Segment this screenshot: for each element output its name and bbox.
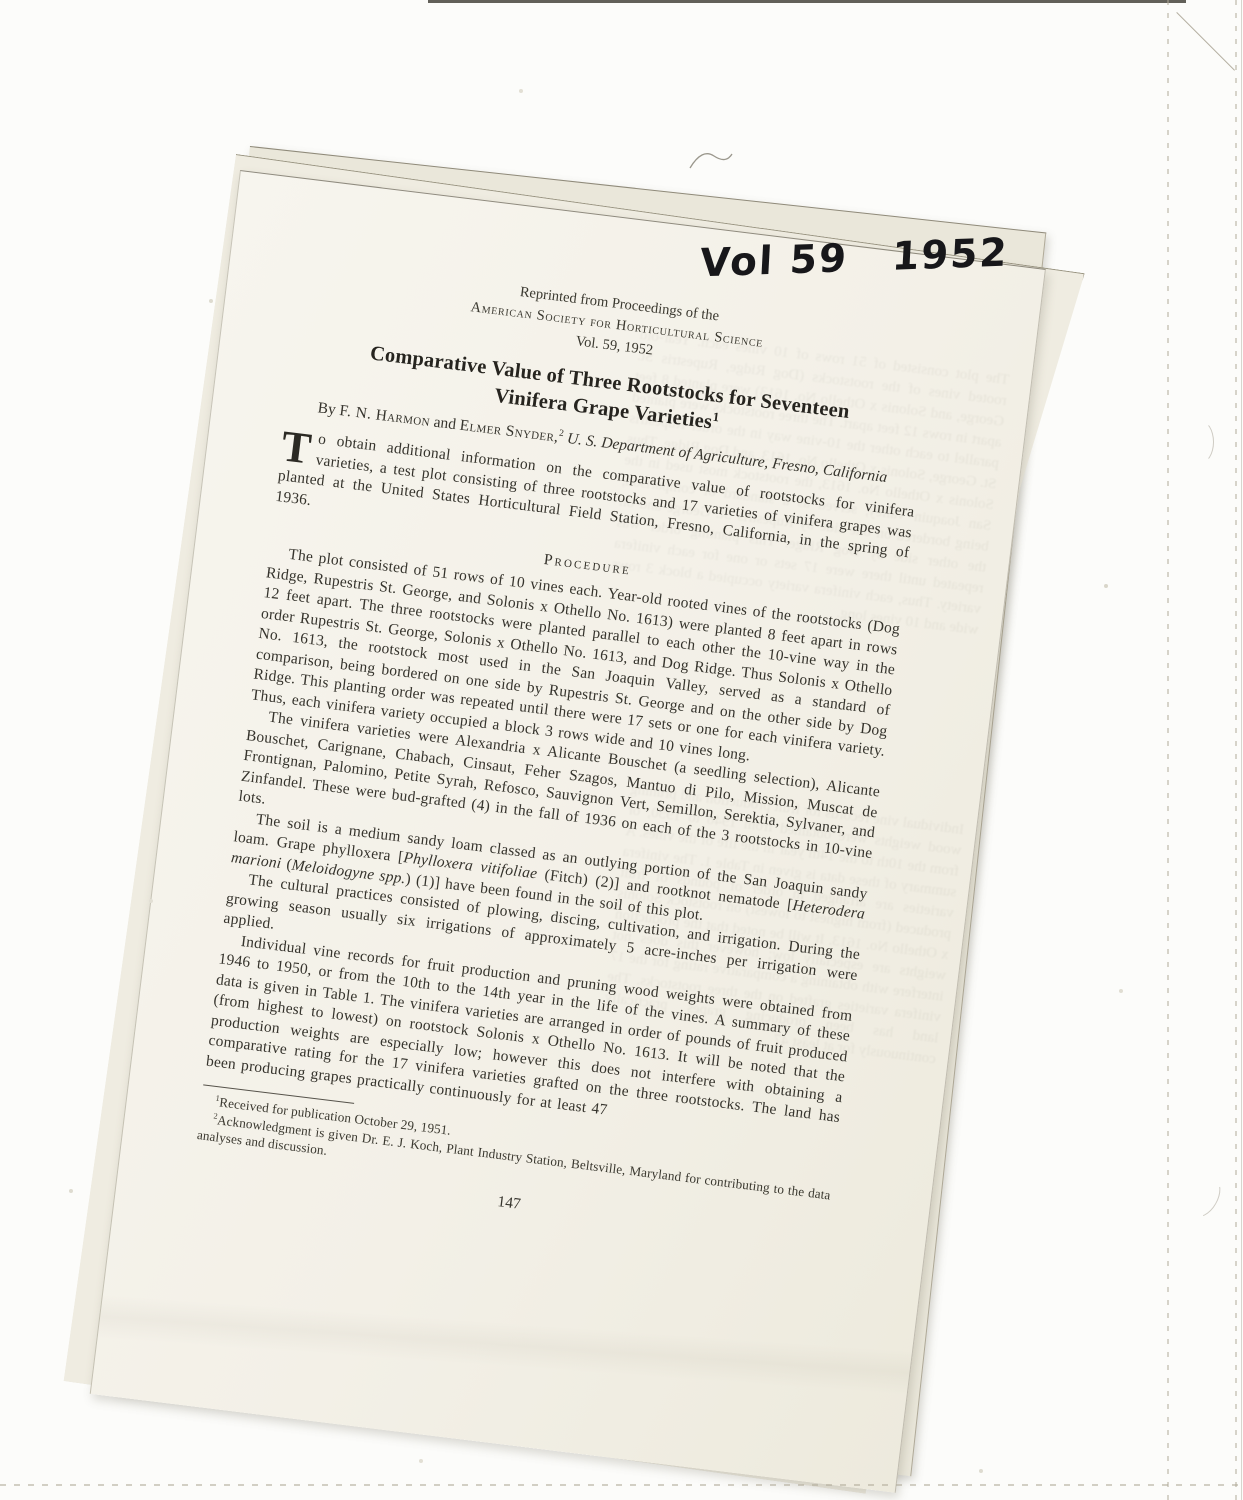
handwritten-year: 1952 [891, 231, 1010, 280]
handwritten-volume: Vol 59 [699, 236, 849, 286]
body-paragraphs: The plot consisted of 51 rows of 10 vine… [205, 542, 901, 1149]
paper-crease [90, 1292, 1042, 1404]
sleeve-scratch-mark [1181, 1171, 1227, 1223]
scan-speckles [0, 0, 2, 2]
sleeve-scratch-mark [1186, 420, 1214, 464]
sleeve-corner-fold [1176, 12, 1235, 71]
printed-page-content: Reprinted from Proceedings of the Americ… [192, 180, 945, 1251]
sleeve-stitching-right-inner [1167, 0, 1169, 1500]
sleeve-stitching-right-outer [1235, 0, 1237, 1500]
drop-cap: T [279, 425, 319, 468]
sleeve-right-edge [1241, 0, 1242, 1500]
sleeve-stitching-bottom [0, 1484, 1243, 1486]
sleeve-top-edge [428, 0, 1186, 3]
paper-page: The plot consisted of 51 rows of 10 vine… [90, 170, 1046, 1493]
hair-artifact [688, 146, 734, 174]
